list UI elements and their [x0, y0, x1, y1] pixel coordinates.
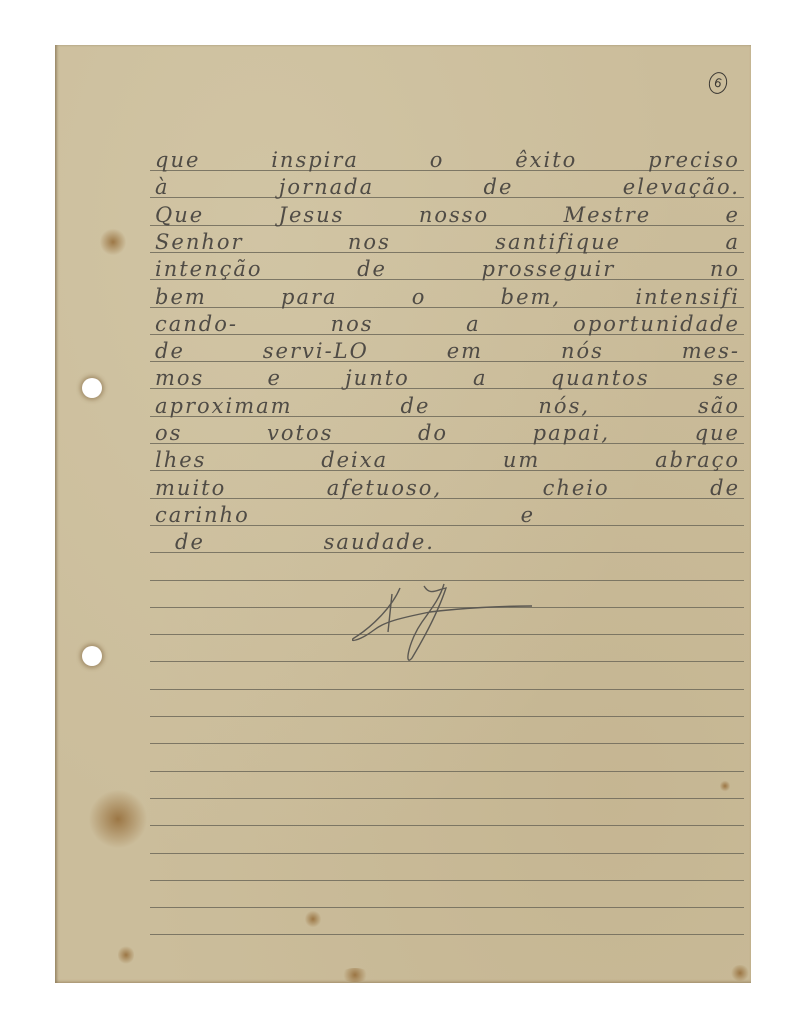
word: e — [726, 203, 740, 227]
word: Senhor — [155, 230, 244, 254]
text-line: muitoafetuoso,cheiode — [155, 476, 740, 500]
word: de — [155, 339, 185, 363]
word: Jesus — [279, 203, 345, 227]
word: votos — [267, 421, 333, 445]
word: para — [281, 285, 338, 309]
word: deixa — [321, 448, 388, 472]
ruled-line — [150, 689, 744, 690]
word: nós — [561, 339, 604, 363]
word: à — [155, 175, 170, 199]
word: elevação. — [623, 175, 740, 199]
text-line: lhesdeixaumabraço — [155, 448, 740, 472]
word: de — [401, 394, 431, 418]
binder-hole-bottom — [82, 646, 102, 666]
ruled-line — [150, 934, 744, 935]
word: afetuoso, — [327, 476, 442, 500]
word: preciso — [648, 148, 740, 172]
word: do — [418, 421, 448, 445]
word: intenção — [155, 257, 263, 281]
text-line: queinspiraoêxitopreciso — [155, 148, 740, 172]
word: um — [503, 448, 540, 472]
ruled-line — [150, 771, 744, 772]
word: jornada — [279, 175, 374, 199]
word: Que — [155, 203, 204, 227]
binder-hole-top — [82, 378, 102, 398]
word: que — [695, 421, 740, 445]
word: servi-LO — [263, 339, 369, 363]
text-line: bemparaobem,intensifi — [155, 285, 740, 309]
word: a — [473, 366, 488, 390]
word: de — [484, 175, 514, 199]
word: intensifi — [635, 285, 740, 309]
text-line: desaudade. — [175, 530, 435, 554]
ruled-line — [150, 907, 744, 908]
ruled-line — [150, 853, 744, 854]
stain — [305, 910, 321, 928]
text-line: àjornadadeelevação. — [155, 175, 740, 199]
text-line: osvotosdopapai,que — [155, 421, 740, 445]
stain — [88, 790, 148, 848]
word: nós, — [538, 394, 590, 418]
word: de — [175, 530, 205, 554]
text-line: intençãodeprosseguirno — [155, 257, 740, 281]
text-line: carinhoe — [155, 503, 535, 527]
word: nosso — [419, 203, 489, 227]
word: e — [521, 503, 535, 527]
word: cheio — [543, 476, 610, 500]
word: mes- — [682, 339, 740, 363]
word: em — [447, 339, 483, 363]
word: no — [710, 257, 740, 281]
word: bem, — [501, 285, 561, 309]
word: aproximam — [155, 394, 293, 418]
text-line: Senhornossantifiquea — [155, 230, 740, 254]
word: santifique — [495, 230, 621, 254]
word: nos — [348, 230, 391, 254]
text-line: mosejuntoaquantosse — [155, 366, 740, 390]
word: de — [710, 476, 740, 500]
text-line: QueJesusnossoMestree — [155, 203, 740, 227]
word: inspira — [271, 148, 359, 172]
word: a — [466, 312, 481, 336]
word: êxito — [515, 148, 577, 172]
word: muito — [155, 476, 226, 500]
word: lhes — [155, 448, 206, 472]
ruled-line — [150, 880, 744, 881]
word: bem — [155, 285, 207, 309]
word: que — [155, 148, 200, 172]
word: nos — [331, 312, 374, 336]
word: junto — [345, 366, 410, 390]
stain — [100, 228, 126, 256]
word: de — [357, 257, 387, 281]
word: quantos — [551, 366, 650, 390]
word: o — [430, 148, 445, 172]
word: a — [725, 230, 740, 254]
text-line: cando-nosaoportunidade — [155, 312, 740, 336]
word: se — [713, 366, 740, 390]
text-line: deservi-LOemnósmes- — [155, 339, 740, 363]
stain — [720, 780, 730, 792]
word: mos — [155, 366, 204, 390]
ruled-line — [150, 743, 744, 744]
ruled-line — [150, 716, 744, 717]
word: Mestre — [564, 203, 652, 227]
word: oportunidade — [573, 312, 740, 336]
word: cando- — [155, 312, 238, 336]
word: e — [268, 366, 282, 390]
ruled-line — [150, 580, 744, 581]
stain — [118, 945, 134, 965]
stain — [340, 968, 370, 982]
word: os — [155, 421, 182, 445]
word: são — [698, 394, 740, 418]
text-line: aproximamdenós,são — [155, 394, 740, 418]
word: o — [412, 285, 427, 309]
word: saudade. — [324, 530, 435, 554]
word: prosseguir — [481, 257, 615, 281]
stain — [730, 965, 750, 981]
ruled-line — [150, 798, 744, 799]
word: papai, — [533, 421, 610, 445]
ruled-line — [150, 825, 744, 826]
word: carinho — [155, 503, 250, 527]
word: abraço — [655, 448, 740, 472]
